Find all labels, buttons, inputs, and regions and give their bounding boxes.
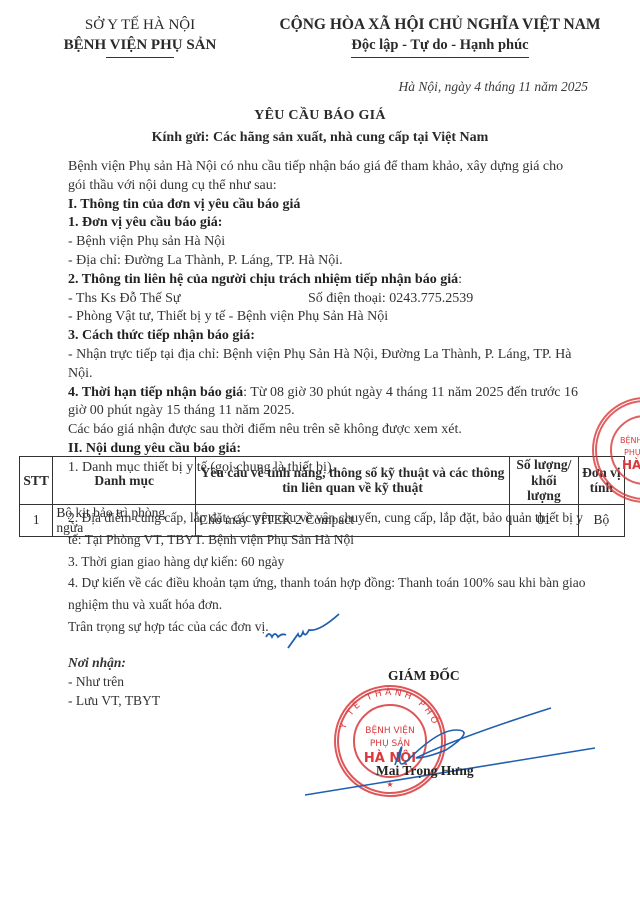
contact-person: - Ths Ks Đỗ Thế Sự xyxy=(68,291,180,306)
issuer-underline xyxy=(106,57,174,58)
issuer-department: SỞ Y TẾ HÀ NỘI xyxy=(40,15,240,35)
col-stt: STT xyxy=(20,457,53,505)
section-1-heading: I. Thông tin của đơn vị yêu cầu báo giá xyxy=(68,196,578,215)
svg-text:PHỤ: PHỤ xyxy=(624,448,640,457)
method-text: - Nhận trực tiếp tại địa chỉ: Bệnh viện … xyxy=(68,346,578,384)
motto: Độc lập - Tự do - Hạnh phúc xyxy=(255,35,625,55)
deadline-heading: 4. Thời hạn tiếp nhận báo giá xyxy=(68,385,243,400)
unit-name: - Bệnh viện Phụ sản Hà Nội xyxy=(68,233,578,252)
initial-signature xyxy=(250,612,380,652)
recipients-heading: Nơi nhận: xyxy=(68,653,160,672)
col-item: Danh mục xyxy=(53,457,196,505)
recipient-item: - Lưu VT, TBYT xyxy=(68,691,160,710)
recipient-item: - Như trên xyxy=(68,672,160,691)
contact-heading: 2. Thông tin liên hệ của người chịu trác… xyxy=(68,272,458,287)
intro-paragraph: Bệnh viện Phụ sản Hà Nội có nhu cầu tiếp… xyxy=(68,158,578,196)
method-heading: 3. Cách thức tiếp nhận báo giá: xyxy=(68,327,578,346)
contact-heading-line: 2. Thông tin liên hệ của người chịu trác… xyxy=(68,271,578,290)
contact-person-line: - Ths Ks Đỗ Thế Sự Số điện thoại: 0243.7… xyxy=(68,290,578,309)
signer-role: GIÁM ĐỐC xyxy=(388,668,460,684)
deadline-note: Các báo giá nhận được sau thời điểm nêu … xyxy=(68,421,578,440)
delivery-terms: 3. Thời gian giao hàng dự kiến: 60 ngày xyxy=(68,551,588,573)
table-header-row: STT Danh mục Yêu cầu về tính năng, thông… xyxy=(20,457,625,505)
side-stamp-fragment: BỆNH PHỤ HÀ xyxy=(590,395,640,505)
location-terms: 2. Địa điểm cung cấp, lắp đặt; các yêu c… xyxy=(68,507,588,551)
signer-name: Mai Trọng Hưng xyxy=(376,763,474,779)
director-signature xyxy=(300,700,600,800)
unit-heading: 1. Đơn vị yêu cầu báo giá: xyxy=(68,214,578,233)
contact-phone: Số điện thoại: 0243.775.2539 xyxy=(308,290,473,309)
document-title: YÊU CẦU BÁO GIÁ xyxy=(0,108,640,124)
national-motto-block: CỘNG HÒA XÃ HỘI CHỦ NGHĨA VIỆT NAM Độc l… xyxy=(255,15,625,58)
recipients-block: Nơi nhận: - Như trên - Lưu VT, TBYT xyxy=(68,653,160,710)
issuer-hospital: BỆNH VIỆN PHỤ SẢN xyxy=(40,35,240,55)
cell-stt: 1 xyxy=(20,504,53,536)
unit-address: - Địa chỉ: Đường La Thành, P. Láng, TP. … xyxy=(68,252,578,271)
contact-department: - Phòng Vật tư, Thiết bị y tế - Bệnh việ… xyxy=(68,308,578,327)
document-date: Hà Nội, ngày 4 tháng 11 năm 2025 xyxy=(399,79,589,95)
svg-text:BỆNH: BỆNH xyxy=(620,434,640,446)
payment-terms: 4. Dự kiến về các điều khoản tạm ứng, th… xyxy=(68,572,588,616)
deadline-line: 4. Thời hạn tiếp nhận báo giá: Từ 08 giờ… xyxy=(68,384,578,422)
col-spec: Yêu cầu về tính năng, thông số kỹ thuật … xyxy=(196,457,510,505)
addressee: Kính gửi: Các hãng sản xuất, nhà cung cấ… xyxy=(0,130,640,146)
motto-underline xyxy=(351,57,529,58)
col-qty: Số lượng/ khối lượng xyxy=(510,457,579,505)
svg-text:HÀ: HÀ xyxy=(622,457,640,472)
issuer-block: SỞ Y TẾ HÀ NỘI BỆNH VIỆN PHỤ SẢN xyxy=(40,15,240,58)
country-name: CỘNG HÒA XÃ HỘI CHỦ NGHĨA VIỆT NAM xyxy=(255,15,625,35)
document-body: Bệnh viện Phụ sản Hà Nội có nhu cầu tiếp… xyxy=(68,158,578,478)
